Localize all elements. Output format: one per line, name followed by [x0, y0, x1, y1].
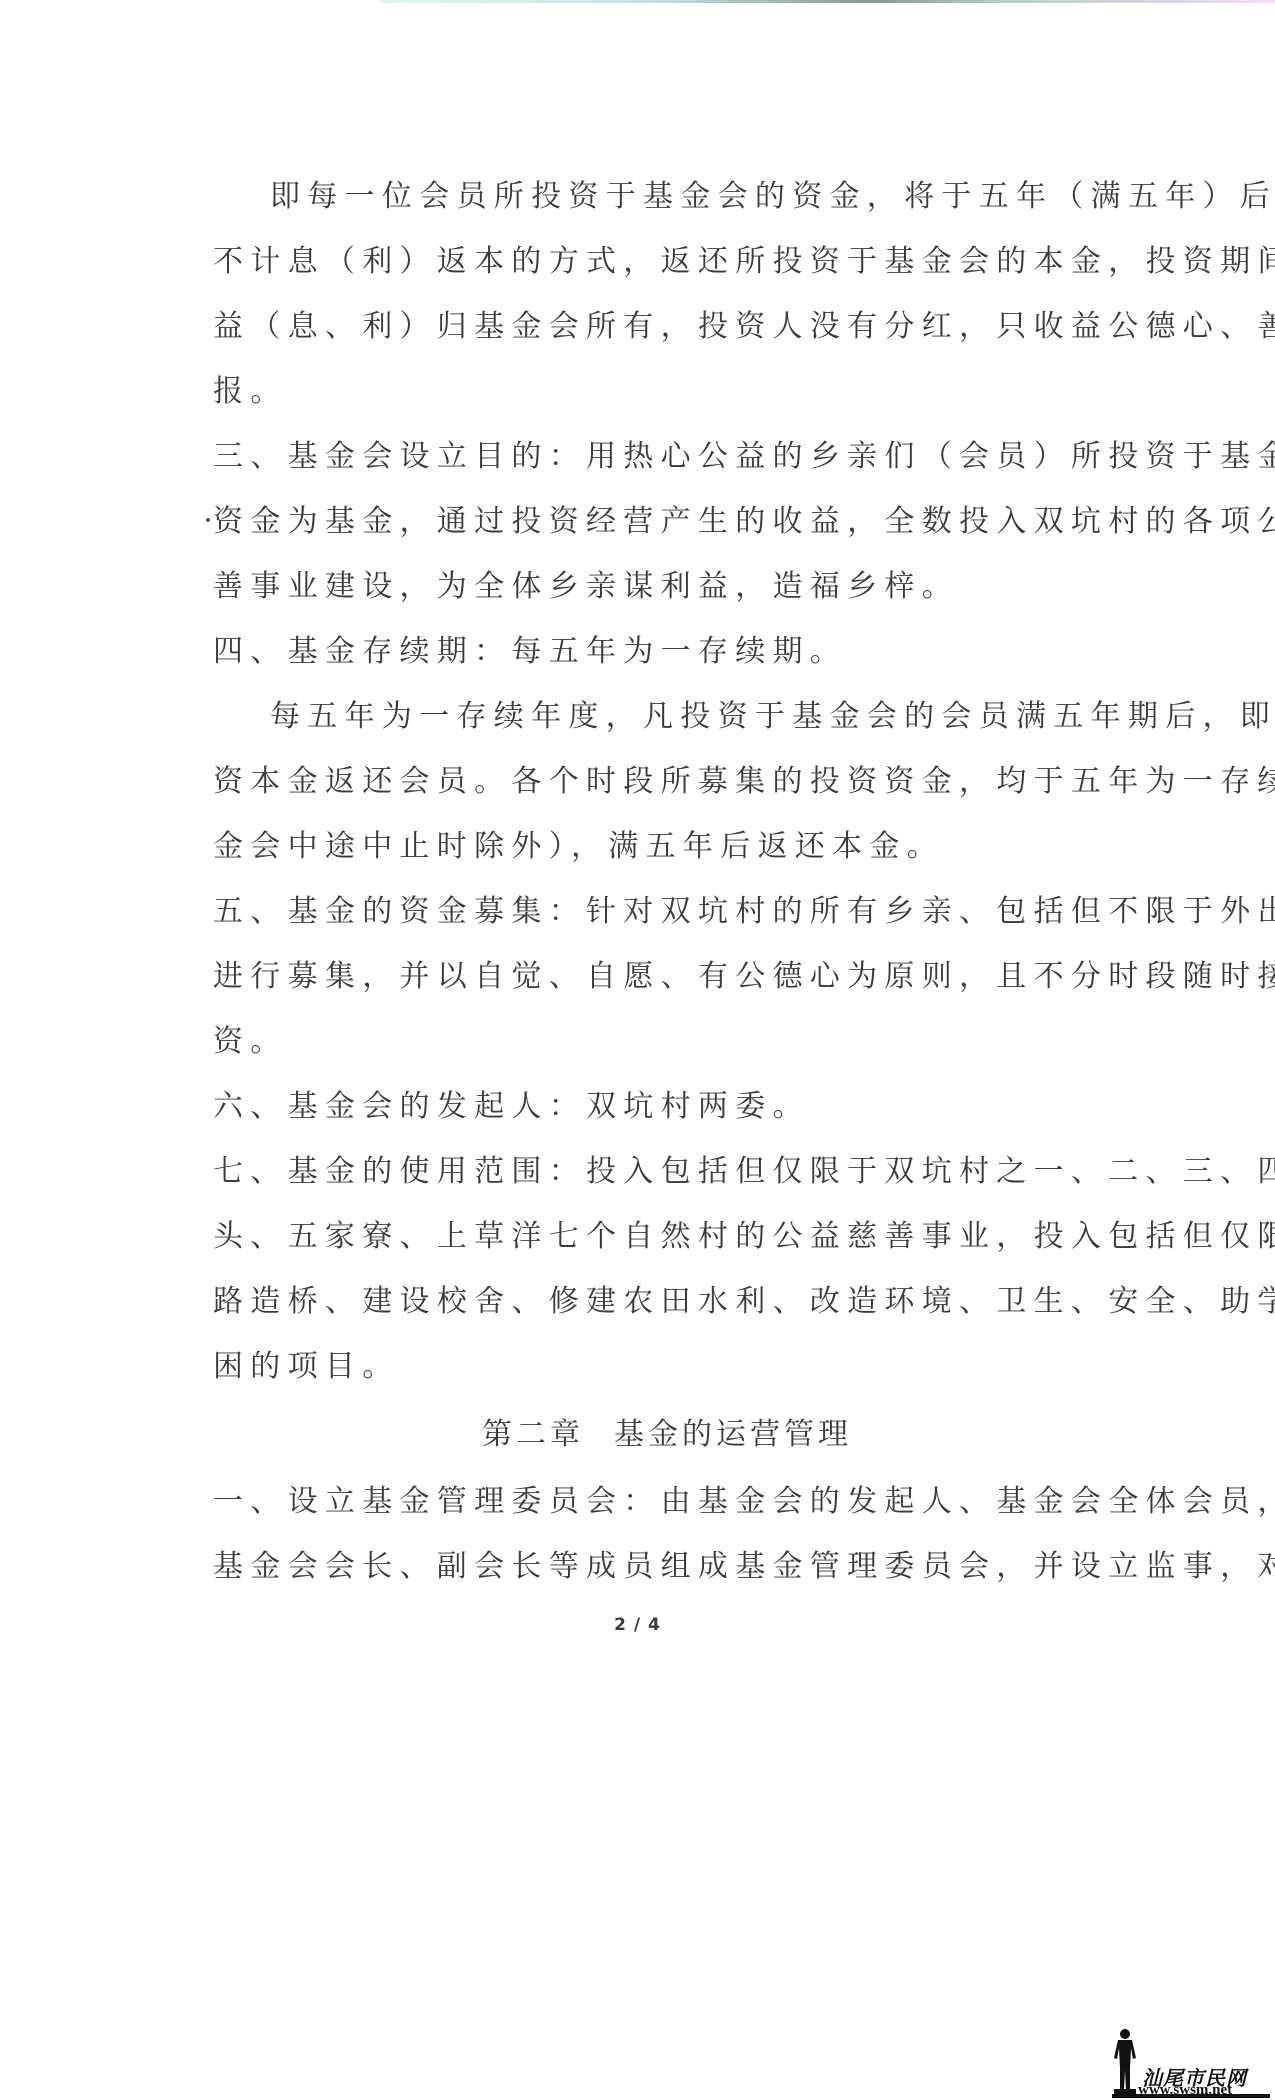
- watermark-baseline: [1112, 2094, 1270, 2098]
- paragraph-line: 每五年为一存续年度，凡投资于基金会的会员满五年期后，即将投: [213, 684, 1113, 749]
- section-6-line: 六、基金会的发起人：双坑村两委。: [213, 1074, 1113, 1139]
- paragraph-line: 金会中途中止时除外），满五年后返还本金。: [213, 814, 1113, 879]
- section-3-line: 三、基金会设立目的：用热心公益的乡亲们（会员）所投资于基金会的: [213, 424, 1113, 489]
- section-5-line: 五、基金的资金募集：针对双坑村的所有乡亲、包括但不限于外出乡亲: [213, 879, 1113, 944]
- paragraph-line: 益（息、利）归基金会所有，投资人没有分红，只收益公德心、善心善: [213, 294, 1113, 359]
- paragraph-line: 善事业建设，为全体乡亲谋利益，造福乡梓。: [213, 554, 1113, 619]
- paragraph-line: 不计息（利）返本的方式，返还所投资于基金会的本金，投资期间之收: [213, 229, 1113, 294]
- paragraph-line: 进行募集，并以自觉、自愿、有公德心为原则，且不分时段随时接受投: [213, 944, 1113, 1009]
- site-watermark: 汕尾市民网 www.swsm.net: [1112, 2010, 1272, 2098]
- paragraph-line: 基金会会长、副会长等成员组成基金管理委员会，并设立监事，对基金: [213, 1534, 1113, 1599]
- chapter-number: 第二章: [482, 1417, 584, 1452]
- section-7-line: 七、基金的使用范围：投入包括但仅限于双坑村之一、二、三、四、桥: [213, 1139, 1113, 1204]
- paragraph-line: 即每一位会员所投资于基金会的资金，将于五年（满五年）后，以: [213, 164, 1113, 229]
- page-number: 2 / 4: [0, 1615, 1275, 1635]
- paragraph-line: 资。: [213, 1009, 1113, 1074]
- document-body: 即每一位会员所投资于基金会的资金，将于五年（满五年）后，以 不计息（利）返本的方…: [213, 164, 1113, 1599]
- standing-man-silhouette-icon: [1112, 2028, 1138, 2094]
- paragraph-line: 资金为基金，通过投资经营产生的收益，全数投入双坑村的各项公益慈: [213, 489, 1113, 554]
- scan-edge-artifact: [380, 0, 1275, 3]
- chapter2-section-1-line: 一、设立基金管理委员会：由基金会的发起人、基金会全体会员，选出: [213, 1469, 1113, 1534]
- paragraph-line: 路造桥、建设校舍、修建农田水利、改造环境、卫生、安全、助学、济: [213, 1269, 1113, 1334]
- section-4-line: 四、基金存续期：每五年为一存续期。: [213, 619, 1113, 684]
- paragraph-line: 报。: [213, 359, 1113, 424]
- chapter-heading: 第二章基金的运营管理: [213, 1399, 1113, 1469]
- paragraph-line: 困的项目。: [213, 1334, 1113, 1399]
- scan-speck: [206, 518, 210, 522]
- paragraph-line: 头、五家寮、上草洋七个自然村的公益慈善事业，投入包括但仅限于修: [213, 1204, 1113, 1269]
- paragraph-line: 资本金返还会员。各个时段所募集的投资资金，均于五年为一存续期（基: [213, 749, 1113, 814]
- chapter-title: 基金的运营管理: [614, 1417, 852, 1452]
